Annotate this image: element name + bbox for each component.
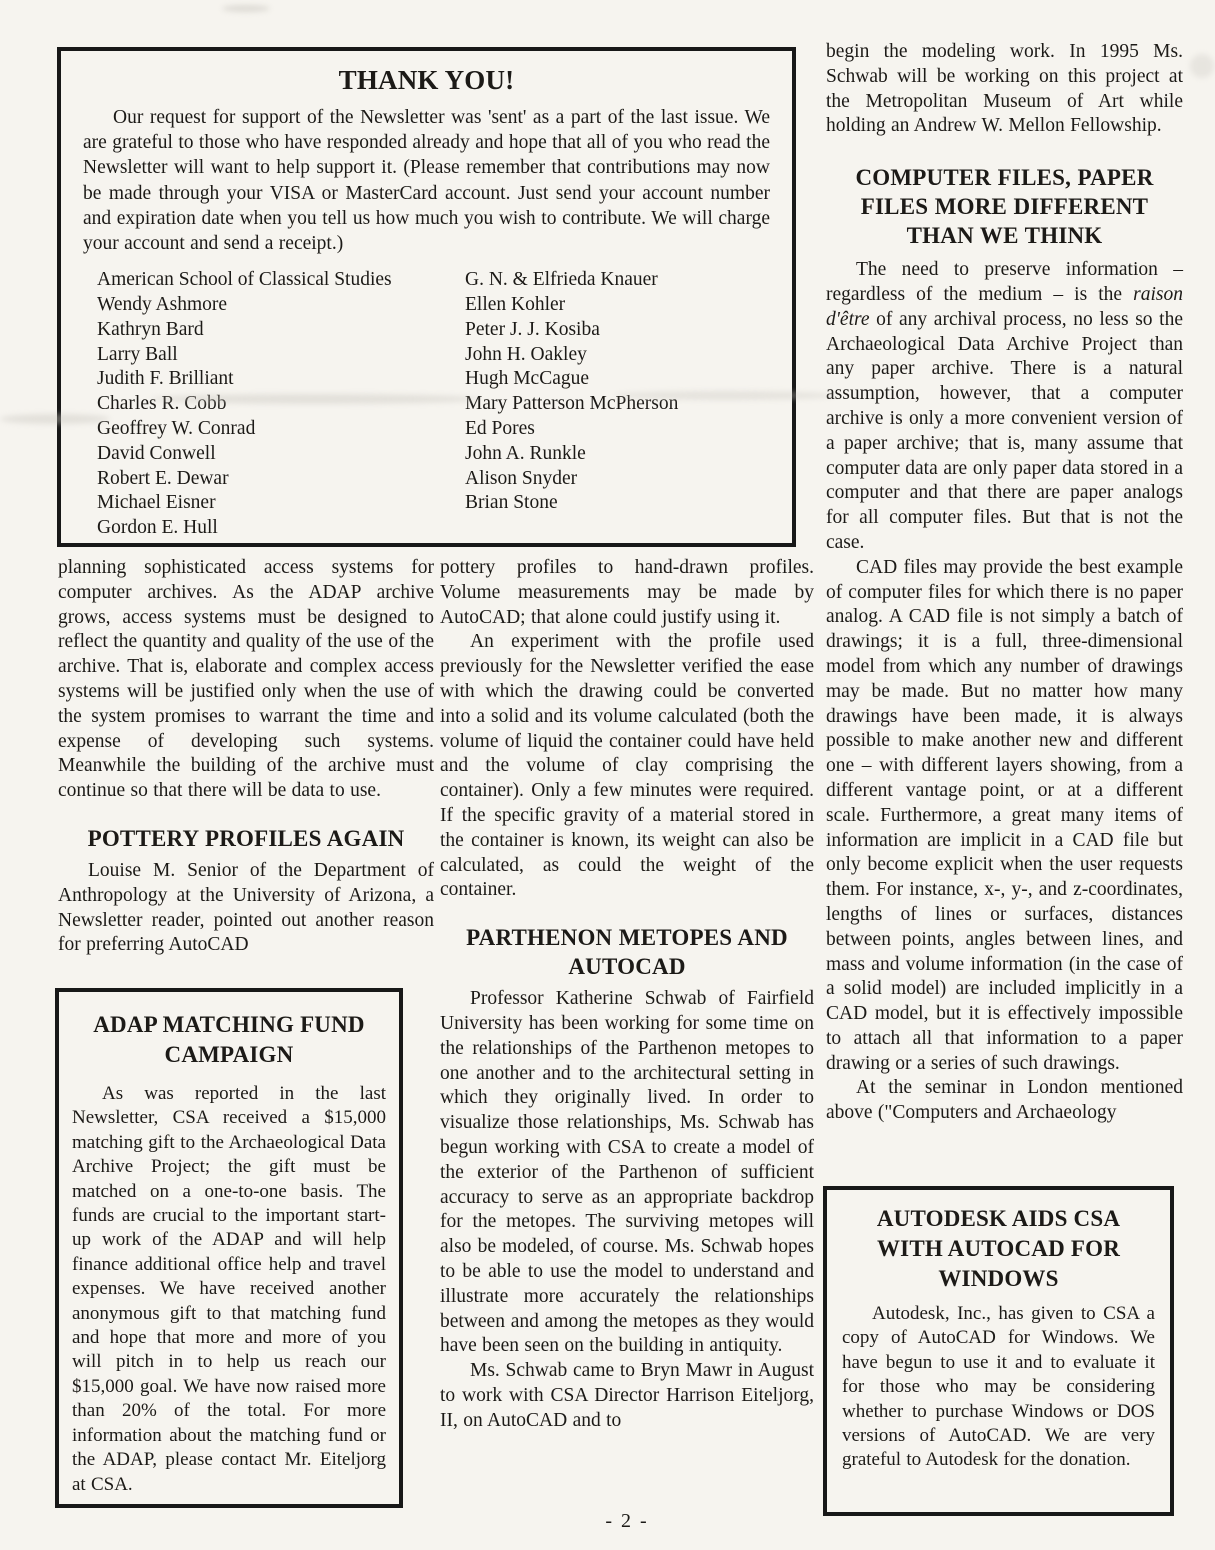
newsletter-page: THANK YOU! Our request for support of th…: [0, 0, 1215, 1550]
donor-name: Hugh McCague: [465, 367, 770, 392]
autodesk-box-body: Autodesk, Inc., has given to CSA a copy …: [842, 1302, 1155, 1473]
right-paragraph-4: At the seminar in London mentioned above…: [826, 1076, 1183, 1126]
autodesk-aids-csa-box: AUTODESK AIDS CSA WITH AUTOCAD FOR WINDO…: [823, 1186, 1174, 1516]
donor-name: Larry Ball: [97, 343, 465, 368]
donor-name: Wendy Ashmore: [97, 293, 465, 318]
pottery-profiles-heading: POTTERY PROFILES AGAIN: [58, 824, 434, 853]
middle-paragraph-1: pottery profiles to hand-drawn profiles.…: [440, 556, 814, 630]
donor-name: David Conwell: [97, 442, 465, 467]
adap-matching-fund-box: ADAP MATCHING FUND CAMPAIGN As was repor…: [55, 988, 403, 1508]
donor-name: Alison Snyder: [465, 467, 770, 492]
page-number: - 2 -: [440, 1510, 814, 1533]
parthenon-metopes-heading: PARTHENON METOPES AND AUTOCAD: [440, 923, 814, 981]
right-paragraph-3: CAD files may provide the best example o…: [826, 556, 1183, 1077]
thank-you-box: THANK YOU! Our request for support of th…: [57, 47, 796, 547]
donor-column-right: G. N. & Elfrieda KnauerEllen KohlerPeter…: [465, 268, 770, 541]
middle-paragraph-2: An experiment with the profile used prev…: [440, 630, 814, 903]
pottery-paragraph: Louise M. Senior of the Department of An…: [58, 859, 434, 958]
right-paragraph-2-lead: The need to preserve information – regar…: [826, 259, 1183, 305]
middle-paragraph-4: Ms. Schwab came to Bryn Mawr in August t…: [440, 1359, 814, 1433]
scan-artifact: [222, 5, 270, 12]
autodesk-box-title: AUTODESK AIDS CSA WITH AUTOCAD FOR WINDO…: [842, 1204, 1155, 1294]
adap-box-title: ADAP MATCHING FUND CAMPAIGN: [72, 1010, 386, 1070]
scan-artifact: [1190, 54, 1214, 78]
thank-you-body: Our request for support of the Newslette…: [83, 105, 770, 256]
thank-you-title: THANK YOU!: [83, 63, 770, 97]
donor-name: Geoffrey W. Conrad: [97, 417, 465, 442]
donor-name: Ed Pores: [465, 417, 770, 442]
left-column: planning sophisticated access systems fo…: [58, 556, 434, 958]
donor-name: American School of Classical Studies: [97, 268, 465, 293]
donor-column-left: American School of Classical StudiesWend…: [97, 268, 465, 541]
donor-name: John A. Runkle: [465, 442, 770, 467]
right-paragraph-1: begin the modeling work. In 1995 Ms. Sch…: [826, 40, 1183, 139]
donor-name: Robert E. Dewar: [97, 467, 465, 492]
donor-name: G. N. & Elfrieda Knauer: [465, 268, 770, 293]
donor-name: Ellen Kohler: [465, 293, 770, 318]
donor-name: Kathryn Bard: [97, 318, 465, 343]
right-column: begin the modeling work. In 1995 Ms. Sch…: [826, 40, 1183, 1126]
donor-name: Brian Stone: [465, 491, 770, 516]
donor-list: American School of Classical StudiesWend…: [83, 268, 770, 541]
right-paragraph-2: The need to preserve information – regar…: [826, 258, 1183, 556]
donor-name: Charles R. Cobb: [97, 392, 465, 417]
adap-box-body: As was reported in the last Newsletter, …: [72, 1082, 386, 1497]
middle-column: pottery profiles to hand-drawn profiles.…: [440, 556, 814, 1434]
middle-paragraph-3: Professor Katherine Schwab of Fairfield …: [440, 987, 814, 1359]
donor-name: Judith F. Brilliant: [97, 367, 465, 392]
donor-name: Gordon E. Hull: [97, 516, 465, 541]
donor-name: John H. Oakley: [465, 343, 770, 368]
right-paragraph-2-rest: of any archival process, no less so the …: [826, 309, 1183, 553]
donor-name: Peter J. J. Kosiba: [465, 318, 770, 343]
computer-files-heading: COMPUTER FILES, PAPER FILES MORE DIFFERE…: [826, 163, 1183, 250]
donor-name: Michael Eisner: [97, 491, 465, 516]
left-paragraph-1: planning sophisticated access systems fo…: [58, 556, 434, 804]
donor-name: Mary Patterson McPherson: [465, 392, 770, 417]
